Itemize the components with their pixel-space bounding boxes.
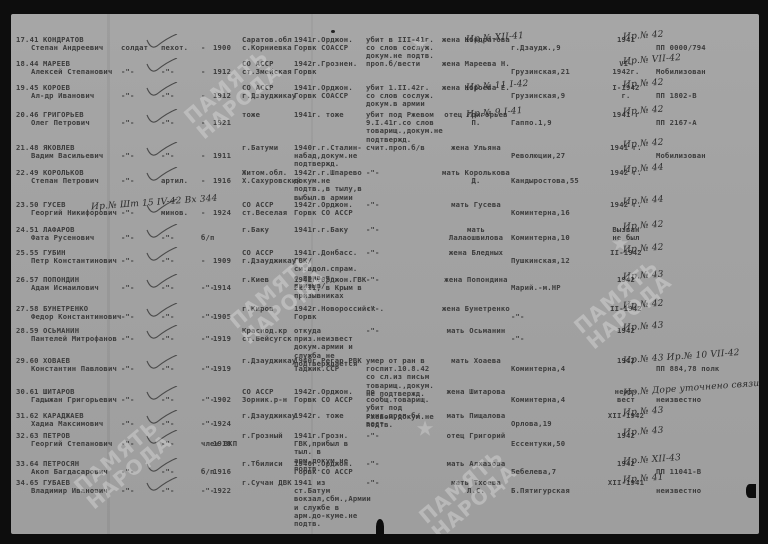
document-number: неизвестно xyxy=(656,396,701,404)
address: Б.Пятигурская xyxy=(511,487,570,495)
circumstances: -"- xyxy=(366,479,436,487)
handwritten-note: Ир.№ 41 xyxy=(623,474,664,485)
relative: мать Осьманин xyxy=(441,327,511,335)
address: Коминтерна,16 xyxy=(511,209,570,217)
document-number: ПП 0000/794 xyxy=(656,44,706,52)
rank: -"- xyxy=(121,284,135,292)
birth-year: 1916 xyxy=(213,468,231,476)
birth-year: 1918 xyxy=(213,440,231,448)
checkmark-icon xyxy=(143,34,183,52)
given-name: Константин Павлович xyxy=(31,365,117,373)
given-name: Алексей Степанович xyxy=(31,68,113,76)
circumstances: -"- xyxy=(366,276,436,284)
document-number: ПП 884,78 полк xyxy=(656,365,719,373)
given-name: Олег Петрович xyxy=(31,119,90,127)
party: - xyxy=(201,209,206,217)
relative: жена Бунетренко xyxy=(441,305,511,313)
given-name: Петр Константинович xyxy=(31,257,117,265)
checkmark-icon xyxy=(143,82,183,100)
relative: мать Гусева xyxy=(441,201,511,209)
given-name: Георгий Степанович xyxy=(31,440,113,448)
document-number: ПП 1802-В xyxy=(656,92,697,100)
rank: -"- xyxy=(121,152,135,160)
given-name: Пантелей Митрофанов xyxy=(31,335,117,343)
party: - xyxy=(201,44,206,52)
mobilized-by: 1942г. тоже xyxy=(294,412,364,420)
mobilized-by: 1940г.Регар.РВК Таджик.ССР xyxy=(294,357,364,373)
address: -"- xyxy=(511,313,525,321)
birth-year: 1924 xyxy=(213,209,231,217)
handwritten-note: Ир.№ 42 xyxy=(623,106,664,117)
circumstances: -"- xyxy=(366,249,436,257)
checkmark-icon xyxy=(143,303,183,321)
rank: -"- xyxy=(121,257,135,265)
mobilized-by: 1941г. тоже xyxy=(294,111,364,119)
circumstances: -"- xyxy=(366,201,436,209)
circumstances: -"- xyxy=(366,460,436,468)
relative: жена Ульяна xyxy=(441,144,511,152)
rank: -"- xyxy=(121,209,135,217)
party: б/п xyxy=(201,234,215,242)
document-number: Мобилизован xyxy=(656,152,706,160)
checkmark-icon xyxy=(143,274,183,292)
star-emblem-icon: ★ xyxy=(611,224,629,259)
handwritten-note: Ир.№ 44 xyxy=(623,164,664,175)
address: -"- xyxy=(511,335,525,343)
mobilized-by: 1942г.Орджон. Горвк СО АССР xyxy=(294,201,364,217)
circumstances: -"- xyxy=(366,226,436,234)
relative: жена Шитарова xyxy=(441,388,511,396)
relative: жена Мареева Н. xyxy=(441,60,511,68)
mobilized-by: 1941г.г.Баку xyxy=(294,226,364,234)
given-name: Гадыжан Григорьевич xyxy=(31,396,117,404)
address: Ессентуки,50 xyxy=(511,440,565,448)
address: Гаппо.1,9 xyxy=(511,119,552,127)
checkmark-icon xyxy=(143,58,183,76)
circumstances: -"-. xyxy=(366,305,436,313)
document-number: неизвестно xyxy=(656,487,701,495)
rank: -"- xyxy=(121,365,135,373)
ink-spot xyxy=(331,30,335,33)
address: Коминтерна,4 xyxy=(511,365,565,373)
mobilized-by: 1940г.Орджон. Горвк СО АССР xyxy=(294,460,364,476)
star-emblem-icon: ★ xyxy=(411,24,429,59)
party: - xyxy=(201,257,206,265)
checkmark-icon xyxy=(143,167,183,185)
rank: -"- xyxy=(121,177,135,185)
relative: отец Григорий xyxy=(441,432,511,440)
checkmark-icon xyxy=(143,247,183,265)
checkmark-icon xyxy=(143,142,183,160)
given-name: Хадиа Максимович xyxy=(31,420,103,428)
given-name: Ал-др Иванович xyxy=(31,92,94,100)
relative: жена Попондина xyxy=(441,276,511,284)
checkmark-icon xyxy=(143,386,183,404)
handwritten-note: Ир.№ 42 xyxy=(623,31,664,42)
party: - xyxy=(201,177,206,185)
birth-year: 1911 xyxy=(213,152,231,160)
mobilized-by: 1942г.Новороссийск Горвк xyxy=(294,305,364,321)
paper-tear xyxy=(376,519,384,534)
rank: -"- xyxy=(121,68,135,76)
given-name: Адам Исмаилович xyxy=(31,284,99,292)
handwritten-note: Ир.№ 42 xyxy=(623,79,664,90)
rank: -"- xyxy=(121,234,135,242)
circumstances: убит под Ржевом 9.I.41г.со слов товарищ.… xyxy=(366,111,436,144)
birth-year: 1914 xyxy=(213,284,231,292)
address: Орлова,19 xyxy=(511,420,552,428)
star-emblem-icon: ★ xyxy=(416,409,434,444)
relative: мать Королькова Д. xyxy=(441,169,511,185)
rank: -"- xyxy=(121,119,135,127)
handwritten-note: Ир.№ XII-43 xyxy=(623,454,681,466)
checkmark-icon xyxy=(143,355,183,373)
circumstances: -"- xyxy=(366,327,436,335)
circumstances: -"- xyxy=(366,169,436,177)
circumstances: убит 1.II.42г. со слов сослуж. докум.в а… xyxy=(366,84,436,109)
party: - xyxy=(201,152,206,160)
address: Грузинская,21 xyxy=(511,68,570,76)
birth-year: 1919 xyxy=(213,335,231,343)
birth-year: 1909 xyxy=(213,257,231,265)
given-name: Степан Андреевич xyxy=(31,44,103,52)
checkmark-icon xyxy=(143,477,183,495)
handwritten-note: Ир.№ 42 xyxy=(623,139,664,150)
relative: мать Хоаева xyxy=(441,357,511,365)
handwritten-note: Ир.№ 43 xyxy=(623,407,664,418)
birth-year: 1902 xyxy=(213,396,231,404)
mobilized-by: 1941 из ст.Батум вокзал,сбм.,Армии и слу… xyxy=(294,479,364,528)
address: Грузинская,9 xyxy=(511,92,565,100)
rank: -"- xyxy=(121,335,135,343)
address: Коминтерна,10 xyxy=(511,234,570,242)
address: Марий.-м.НР xyxy=(511,284,561,292)
checkmark-icon xyxy=(143,109,183,127)
rank: -"- xyxy=(121,92,135,100)
birth-year: 1919 xyxy=(213,365,231,373)
mobilized-by: 1940г.г.Сталин-набад,докум.не подтвержд. xyxy=(294,144,364,169)
address: Революции,27 xyxy=(511,152,565,160)
given-name: Федор Константинович xyxy=(31,313,122,321)
address: Кандыростова,55 xyxy=(511,177,579,185)
circumstances: проп.б/вести xyxy=(366,60,436,68)
birth-year: 1900 xyxy=(213,44,231,52)
relative: мать Пищалова xyxy=(441,412,511,420)
document-sheet: 17.41КОНДРАТОВСтепан Андреевичсолдатпехо… xyxy=(11,14,759,534)
relative: мать Лалаошвилова xyxy=(441,226,511,242)
paper-tear xyxy=(746,484,756,498)
mobilized-by: 1941г.Орджон. Горвк СОАССР xyxy=(294,36,364,52)
birth-year: 1924 xyxy=(213,420,231,428)
given-name: Вадим Васильевич xyxy=(31,152,103,160)
party: - xyxy=(201,68,206,76)
circumstances: счит.проп.б/в xyxy=(366,144,436,152)
relative: жена Бледных xyxy=(441,249,511,257)
given-name: Степан Петрович xyxy=(31,177,99,185)
handwritten-note: Ир.№ VII-42 xyxy=(623,54,682,66)
handwritten-note: Ир.№ 44 xyxy=(623,196,664,207)
mobilized-by: 1942г.Грознен. Горвк xyxy=(294,60,364,76)
rank: -"- xyxy=(121,313,135,321)
handwritten-note: Ир.№ 43 xyxy=(623,427,664,438)
rank: -"- xyxy=(121,396,135,404)
address: Пушкинская,12 xyxy=(511,257,570,265)
mobilized-by: 1942г.г.Шпарево докум.не подтв.,в тылу,в… xyxy=(294,169,364,202)
mobilized-by: 1942г.Орджон. Горвк СО АССР xyxy=(294,388,364,404)
address: Коминтерна,4 xyxy=(511,396,565,404)
mobilized-by: 1941г.Орджон. Горвк СОАССР xyxy=(294,84,364,100)
document-number: Мобилизован xyxy=(656,68,706,76)
document-number: ПП 2167-А xyxy=(656,119,697,127)
checkmark-icon xyxy=(143,224,183,242)
given-name: Фата Русенович xyxy=(31,234,94,242)
address: г.Дзаудж.,9 xyxy=(511,44,561,52)
birth-year: 1922 xyxy=(213,487,231,495)
checkmark-icon xyxy=(143,325,183,343)
birth-year: 1916 xyxy=(213,177,231,185)
handwritten-note: Ир.№ 43 Ир.№ 10 VII-42 xyxy=(623,349,740,365)
